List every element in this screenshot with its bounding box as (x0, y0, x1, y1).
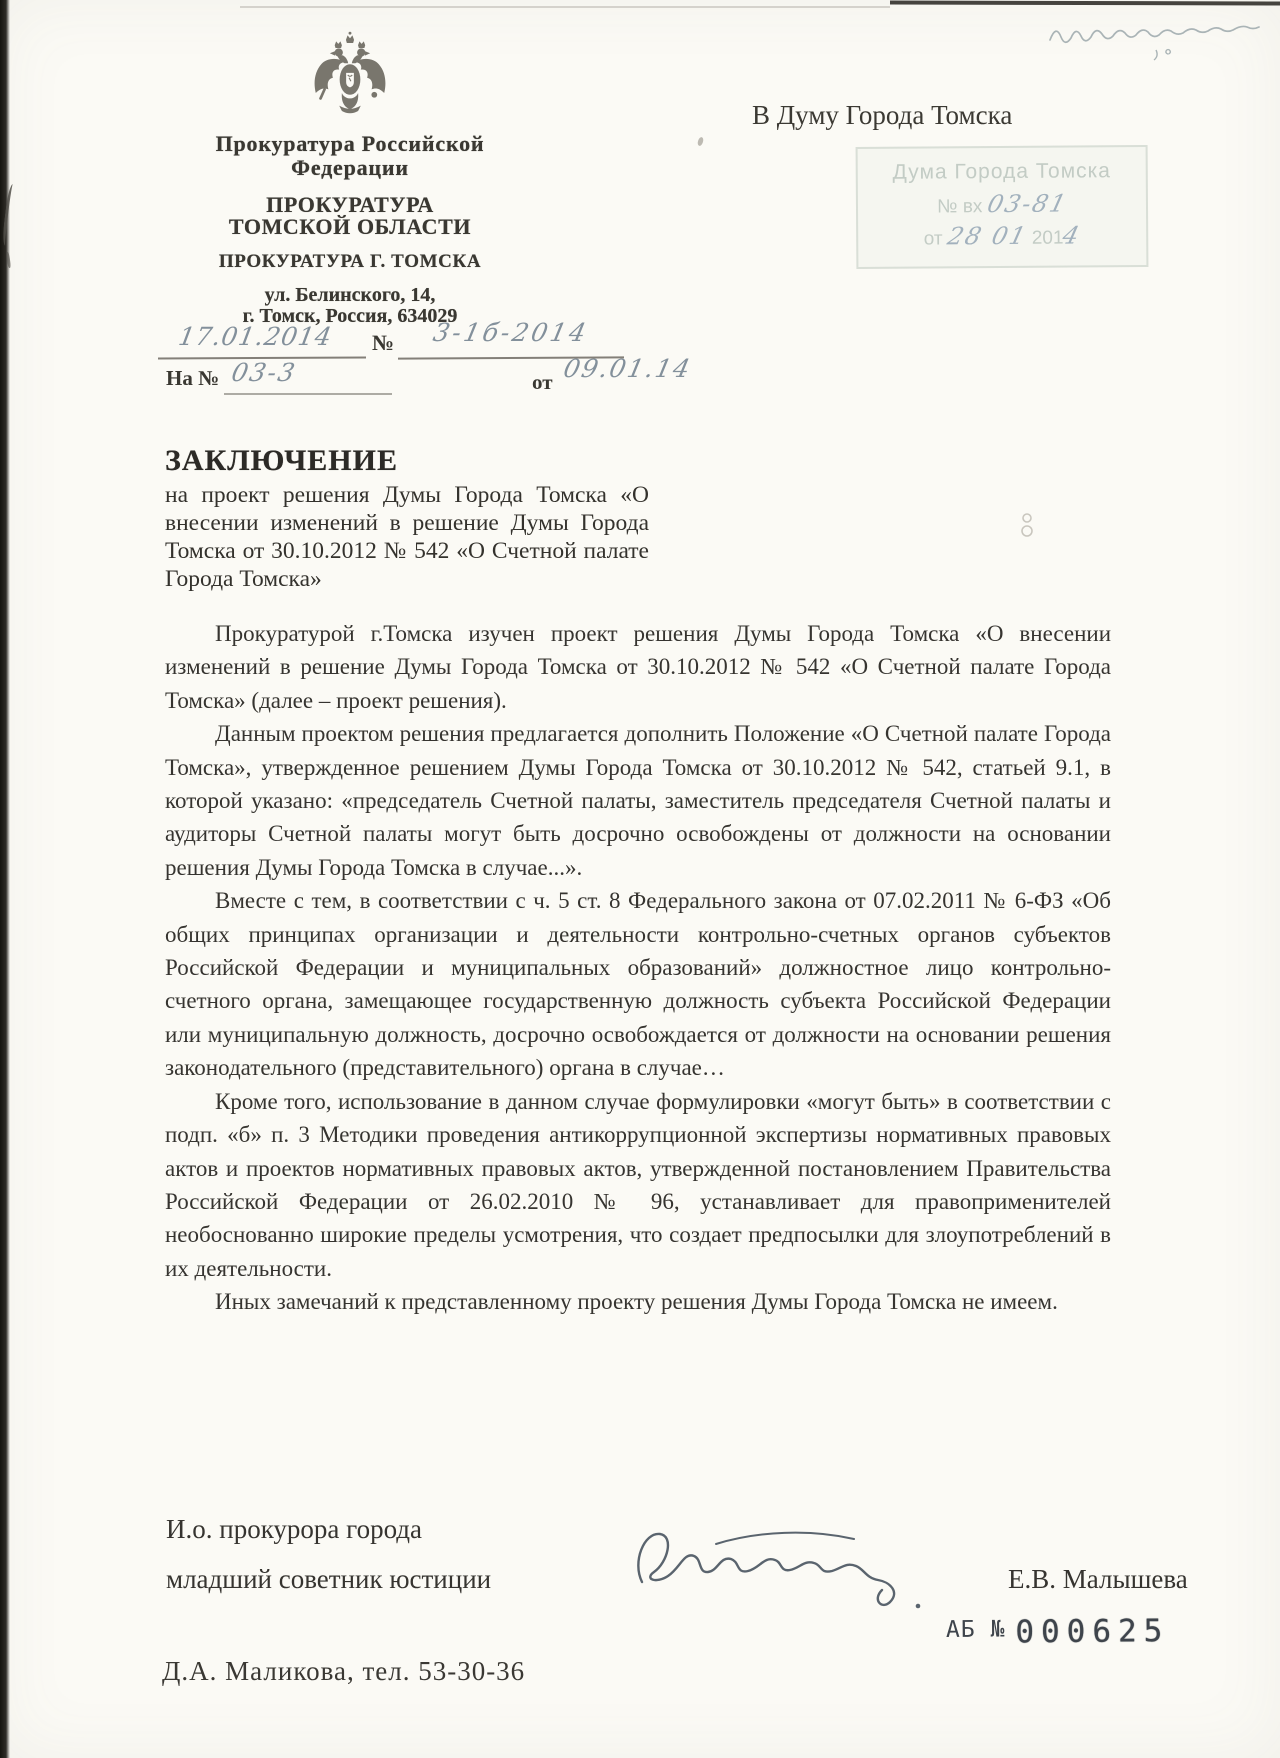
stamp-year-printed: 201 (1032, 228, 1064, 249)
letterhead-federation-line1: Прокуратура Российской (158, 132, 542, 156)
coat-of-arms-icon (305, 28, 395, 122)
recipient-line: В Думу Города Томска (752, 100, 1012, 131)
document-body: Прокуратурой г.Томска изучен проект реше… (165, 617, 1111, 1319)
body-paragraph-3: Вместе с тем, в соответствии с ч. 5 ст. … (165, 884, 1111, 1084)
handwritten-cursive-note-icon (1044, 8, 1280, 64)
letterhead-org-line2: ТОМСКОЙ ОБЛАСТИ (158, 216, 542, 238)
stamp-year-handwritten: 4 (1060, 221, 1084, 249)
executor-contact-line: Д.А. Маликова, тел. 53-30-36 (162, 1656, 525, 1687)
scanned-letter-page: Прокуратура Российской Федерации ПРОКУРА… (0, 0, 1280, 1758)
letterhead-regional-office: ПРОКУРАТУРА ТОМСКОЙ ОБЛАСТИ (158, 194, 542, 238)
signer-position-line2: младший советник юстиции (166, 1564, 491, 1595)
stamp-entry-number-handwritten: 03-81 (984, 190, 1070, 219)
signer-position-line1: И.о. прокурора города (166, 1514, 422, 1545)
letterhead-address-line1: ул. Белинского, 14, (158, 285, 542, 306)
stamp-date-label: от (924, 228, 943, 249)
stamp-entry-row: № вх 03-81 (858, 189, 1146, 219)
signer-name: Е.В. Малышева (1008, 1564, 1188, 1595)
outgoing-date-handwritten: 17.01.2014 (145, 322, 365, 351)
in-reply-label: На № (166, 366, 219, 391)
serial-number-stamp: АБ №000625 (946, 1613, 1170, 1651)
serial-stamp-prefix: АБ № (946, 1616, 1006, 1643)
scan-top-line-dark (890, 0, 1280, 5)
incoming-ref-number-handwritten: 03-3 (229, 358, 299, 387)
letterhead-org-line1: ПРОКУРАТУРА (158, 194, 542, 216)
scan-top-line-faint (240, 6, 890, 8)
stamp-entry-label: № вх (937, 196, 982, 217)
letterhead: Прокуратура Российской Федерации ПРОКУРА… (158, 28, 542, 327)
body-paragraph-5: Иных замечаний к представленному проекту… (165, 1285, 1111, 1318)
document-title-block: ЗАКЛЮЧЕНИЕ на проект решения Думы Города… (165, 444, 649, 593)
serial-stamp-number: 000625 (1015, 1613, 1169, 1650)
stamp-org-name: Дума Города Томска (858, 159, 1146, 185)
body-paragraph-2: Данным проектом решения предлагается доп… (165, 717, 1111, 884)
ref-underline (224, 393, 392, 395)
stamp-date-row: от 28 01 2014 (858, 221, 1146, 251)
scan-speck-eight (1020, 510, 1034, 542)
stamp-date-handwritten: 28 01 (944, 222, 1030, 251)
document-title: ЗАКЛЮЧЕНИЕ (165, 444, 649, 478)
number-sign-label: № (372, 330, 394, 356)
incoming-registration-stamp: Дума Города Томска № вх 03-81 от 28 01 2… (856, 145, 1149, 269)
letterhead-federation: Прокуратура Российской Федерации (158, 132, 542, 180)
body-paragraph-4: Кроме того, использование в данном случа… (165, 1085, 1111, 1285)
letterhead-federation-line2: Федерации (158, 156, 542, 180)
document-subject: на проект решения Думы Города Томска «О … (165, 481, 649, 593)
body-paragraph-1: Прокуратурой г.Томска изучен проект реше… (165, 617, 1111, 717)
scan-speck (697, 136, 705, 146)
letterhead-city-office: ПРОКУРАТУРА Г. ТОМСКА (158, 251, 542, 273)
incoming-ref-date-handwritten: 09.01.14 (561, 354, 694, 383)
handwritten-signature-icon (628, 1518, 973, 1618)
from-label: от (532, 370, 553, 395)
outgoing-number-handwritten: 3-1б-2014 (395, 318, 627, 347)
